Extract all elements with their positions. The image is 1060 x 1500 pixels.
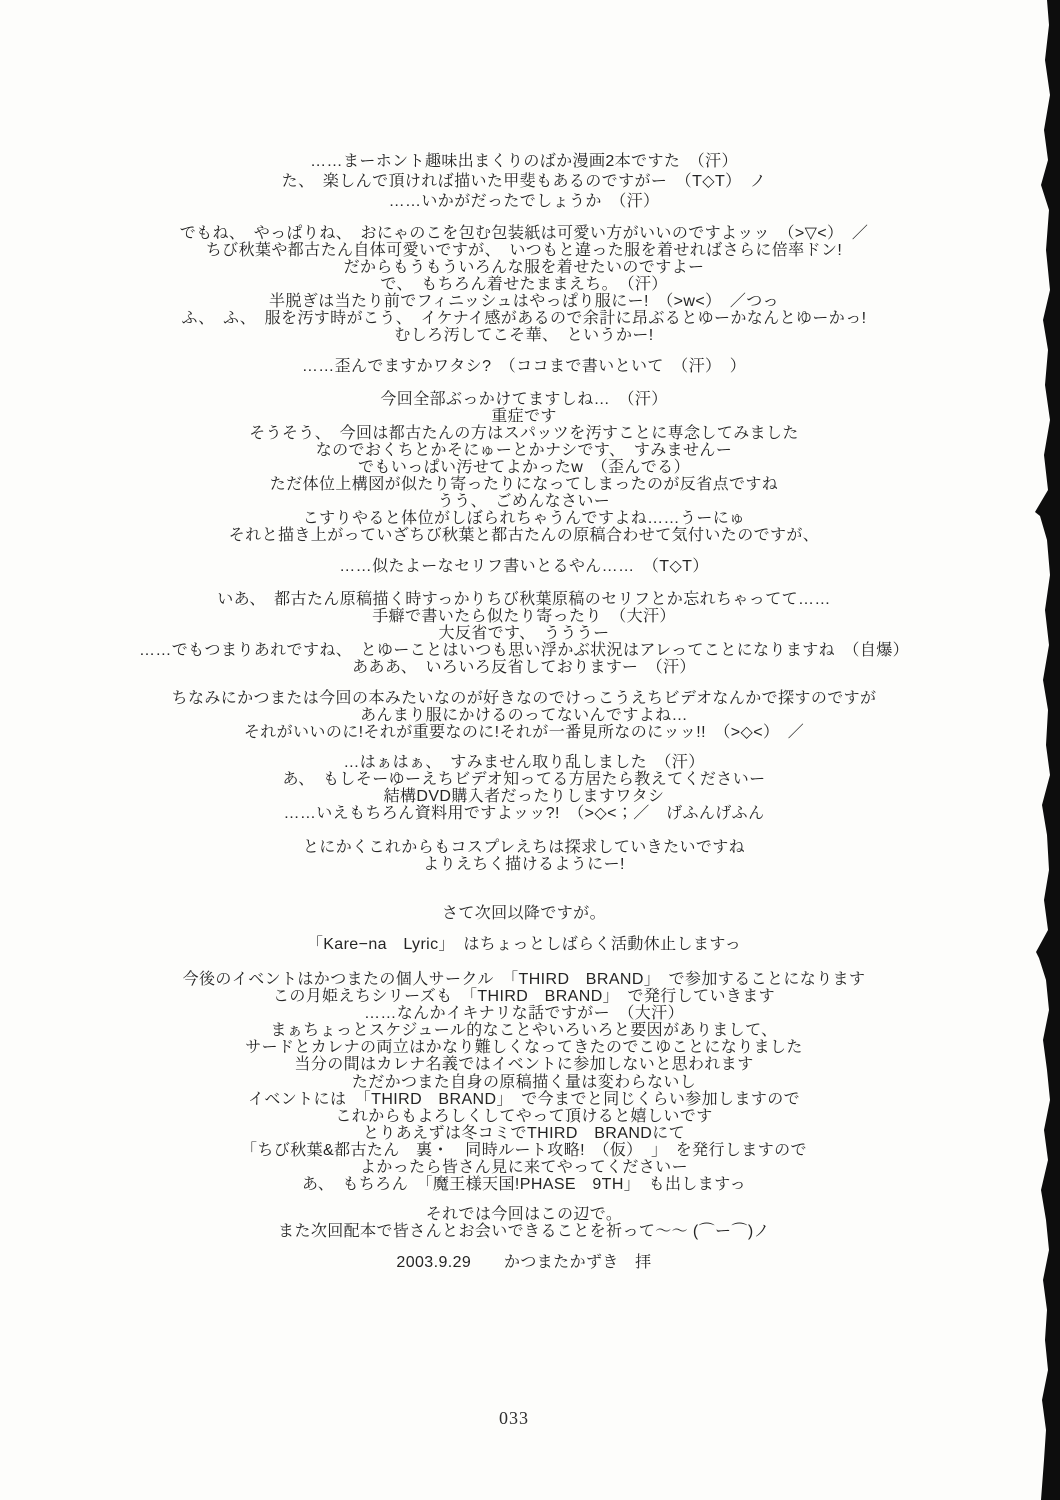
text-line: 「ちび秋葉&都古たん 裏・ 同時ルート攻略! （仮） 」 を発行しますので <box>14 1142 1034 1159</box>
paragraph: さて次回以降ですが。 <box>14 905 1034 922</box>
text-line: でもいっぱい汚せてよかったw （歪んでる） <box>14 460 1034 477</box>
paragraph: ……歪んでますかワタシ? （ココまで書いといて （汗） ） <box>14 358 1034 375</box>
text-line: ちび秋葉や都古たん自体可愛いですが、 いつもと違った服を着せればさらに倍率ドン! <box>14 243 1034 260</box>
text-line: それでは今回はこの辺で。 <box>14 1206 1034 1223</box>
text-line: うう、 ごめんなさいー <box>14 494 1034 511</box>
text-line: いあ、 都古たん原稿描く時すっかりちび秋葉原稿のセリフとか忘れちゃってて…… <box>14 591 1034 608</box>
text-line: なのでおくちとかそにゅーとかナシです、 すみませんー <box>14 443 1034 460</box>
page-number: 033 <box>14 1408 1014 1429</box>
paragraph: それでは今回はこの辺で。また次回配本で皆さんとお会いできることを祈って～～ (⌒… <box>14 1206 1034 1240</box>
paragraph: 「Kare−na Lyric」 はちょっとしばらく活動休止しますっ <box>14 936 1034 953</box>
text-line: あ、 もちろん 「魔王様天国!PHASE 9TH」 も出しますっ <box>14 1176 1034 1193</box>
text-line: た、 楽しんで頂ければ描いた甲斐もあるのですがー （T◇T） ノ <box>14 172 1034 192</box>
text-line: とにかくこれからもコスプレえちは探求していきたいですね <box>14 839 1034 856</box>
paragraph: …はぁはぁ、 すみません取り乱しました （汗）あ、 もしそーゆーえちビデオ知って… <box>14 754 1034 822</box>
text-line: 手癖で書いたら似たり寄ったり （大汗） <box>14 608 1034 625</box>
paragraph: ちなみにかつまたは今回の本みたいなのが好きなのでけっこうえちビデオなんかで探すの… <box>14 690 1034 741</box>
text-line: あ、 もしそーゆーえちビデオ知ってる方居たら教えてくださいー <box>14 771 1034 788</box>
text-line: ……でもつまりあれですね、 とゆーことはいつも思い浮かぶ状況はアレってことになり… <box>14 642 1034 659</box>
text-line: ……いえもちろん資料用ですよッッ?! （>◇<；／ げふんげふん <box>14 805 1034 822</box>
text-line: 当分の間はカレナ名義ではイベントに参加しないと思われます <box>14 1056 1034 1073</box>
text-line: で、 もちろん着せたままえち。 （汗） <box>14 277 1034 294</box>
text-line: あああ、 いろいろ反省しておりますー （汗） <box>14 659 1034 676</box>
text-line: そうそう、 今回は都古たんの方はスパッツを汚すことに専念してみました <box>14 426 1034 443</box>
text-line: ……歪んでますかワタシ? （ココまで書いといて （汗） ） <box>14 358 1034 375</box>
text-line: ……まーホント趣味出まくりのばか漫画2本ですた （汗） <box>14 152 1034 172</box>
text-line: …はぁはぁ、 すみません取り乱しました （汗） <box>14 754 1034 771</box>
afterword-text: ……まーホント趣味出まくりのばか漫画2本ですた （汗）た、 楽しんで頂ければ描い… <box>14 152 1034 1285</box>
text-line: 結構DVD購入者だったりしますワタシ <box>14 788 1034 805</box>
paragraph: とにかくこれからもコスプレえちは探求していきたいですねよりえちく描けるようにー! <box>14 839 1034 873</box>
text-line: この月姫えちシリーズも 「THIRD BRAND」 で発行していきます <box>14 988 1034 1005</box>
text-line: 重症です <box>14 409 1034 426</box>
scanned-page: ……まーホント趣味出まくりのばか漫画2本ですた （汗）た、 楽しんで頂ければ描い… <box>0 0 1060 1500</box>
scan-edge-artifact <box>1034 0 1060 1500</box>
paragraph: 今回全部ぶっかけてますしね… （汗）重症ですそうそう、 今回は都古たんの方はスパ… <box>14 392 1034 545</box>
text-line: 2003.9.29 かつまたかずき 拝 <box>14 1254 1034 1271</box>
text-line: ……いかがだったでしょうか （汗） <box>14 192 1034 212</box>
paragraph: 今後のイベントはかつまたの個人サークル 「THIRD BRAND」 で参加するこ… <box>14 971 1034 1193</box>
paragraph: 2003.9.29 かつまたかずき 拝 <box>14 1254 1034 1271</box>
text-line: それと描き上がっていざちび秋葉と都古たんの原稿合わせて気付いたのですが、 <box>14 528 1034 545</box>
text-line: ただ体位上構図が似たり寄ったりになってしまったのが反省点ですね <box>14 477 1034 494</box>
text-line: サードとカレナの両立はかなり難しくなってきたのでこゆことになりました <box>14 1039 1034 1056</box>
text-line: 今回全部ぶっかけてますしね… （汗） <box>14 392 1034 409</box>
paragraph: いあ、 都古たん原稿描く時すっかりちび秋葉原稿のセリフとか忘れちゃってて……手癖… <box>14 591 1034 676</box>
text-line: とりあえずは冬コミでTHIRD BRANDにて <box>14 1125 1034 1142</box>
text-line: よりえちく描けるようにー! <box>14 856 1034 873</box>
text-line: ただかつまた自身の原稿描く量は変わらないし <box>14 1074 1034 1091</box>
text-line: こすりやると体位がしぼられちゃうんですよね……うーにゅ <box>14 511 1034 528</box>
text-line: でもね、 やっぱりね、 おにゃのこを包む包装紙は可愛い方がいいのですよッッ （>… <box>14 226 1034 243</box>
paragraph: でもね、 やっぱりね、 おにゃのこを包む包装紙は可愛い方がいいのですよッッ （>… <box>14 226 1034 345</box>
text-line: だからもうもういろんな服を着せたいのですよー <box>14 260 1034 277</box>
text-line: ……似たよーなセリフ書いとるやん…… （T◇T） <box>14 558 1034 575</box>
text-line: イベントには 「THIRD BRAND」 で今までと同じくらい参加しますので <box>14 1091 1034 1108</box>
text-line: 大反省です、 うううー <box>14 625 1034 642</box>
text-line: これからもよろしくしてやって頂けると嬉しいです <box>14 1108 1034 1125</box>
text-line: ……なんかイキナリな話ですがー （大汗） <box>14 1005 1034 1022</box>
text-line: むしろ汚してこそ華、 というかー! <box>14 328 1034 345</box>
text-line: さて次回以降ですが。 <box>14 905 1034 922</box>
text-line: よかったら皆さん見に来てやってくださいー <box>14 1159 1034 1176</box>
text-line: また次回配本で皆さんとお会いできることを祈って～～ (⌒ー⌒)ノ <box>14 1223 1034 1240</box>
text-line: 半脱ぎは当たり前でフィニッシュはやっぱり服にー! （>w<） ／つっ <box>14 294 1034 311</box>
text-line: 今後のイベントはかつまたの個人サークル 「THIRD BRAND」 で参加するこ… <box>14 971 1034 988</box>
text-line: ふ、 ふ、 服を汚す時がこう、 イケナイ感があるので余計に昂ぶるとゆーかなんとゆ… <box>14 311 1034 328</box>
paragraph: ……似たよーなセリフ書いとるやん…… （T◇T） <box>14 558 1034 575</box>
paragraph: ……まーホント趣味出まくりのばか漫画2本ですた （汗）た、 楽しんで頂ければ描い… <box>14 152 1034 212</box>
text-line: あんまり服にかけるのってないんですよね… <box>14 707 1034 724</box>
text-line: 「Kare−na Lyric」 はちょっとしばらく活動休止しますっ <box>14 936 1034 953</box>
text-line: ちなみにかつまたは今回の本みたいなのが好きなのでけっこうえちビデオなんかで探すの… <box>14 690 1034 707</box>
text-line: それがいいのに!それが重要なのに!それが一番見所なのにッッ!! （>◇<） ／ <box>14 724 1034 741</box>
text-line: まぁちょっとスケジュール的なことやいろいろと要因がありまして、 <box>14 1022 1034 1039</box>
